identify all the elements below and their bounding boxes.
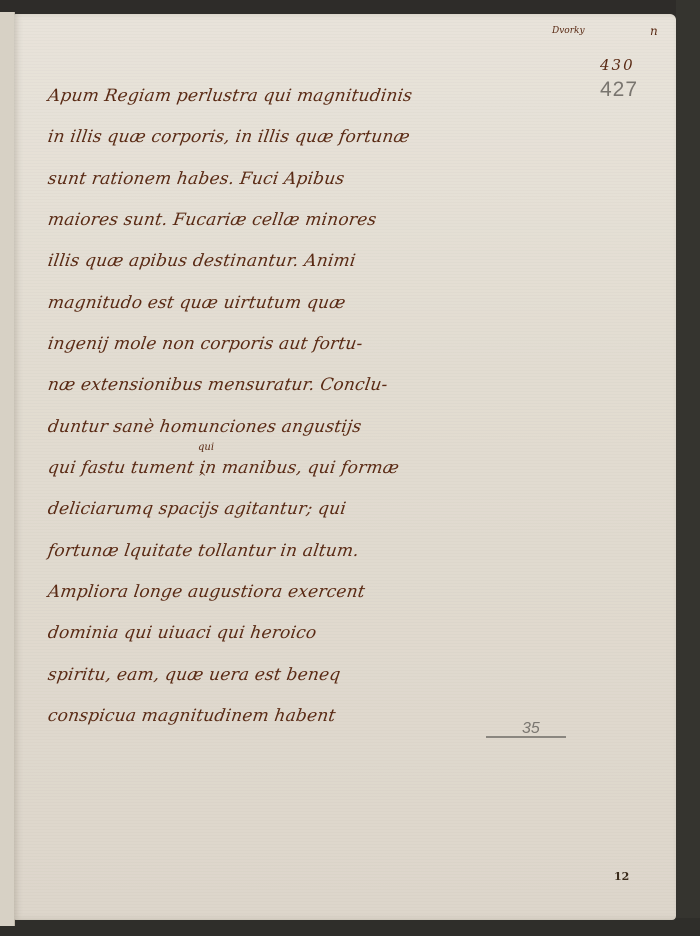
- text-line: Apum Regiam perlustra qui magnitudinis: [47, 86, 414, 106]
- folio-number-pencil: 427: [600, 78, 638, 102]
- text-line: Ampliora longe augustiora exercent: [47, 582, 367, 602]
- insertion-caret: ^: [198, 472, 206, 483]
- text-line: næ extensionibus mensuratur. Conclu-: [47, 375, 389, 395]
- facing-page-edge: [0, 12, 15, 926]
- text-line: spiritu, eam, quæ uera est beneq: [47, 665, 342, 685]
- text-line: qui fastu tument in manibus, qui formæ: [47, 458, 401, 478]
- text-line: conspicua magnitudinem habent: [47, 706, 337, 726]
- margin-note-top: Dvorky: [552, 26, 585, 36]
- page-number-bottom: 12: [614, 870, 629, 883]
- margin-note-corner: n: [650, 24, 658, 38]
- pencil-mark: 35: [486, 722, 582, 742]
- scan-background-right: [676, 0, 700, 936]
- text-line: in illis quæ corporis, in illis quæ fort…: [47, 127, 412, 147]
- text-line: magnitudo est quæ uirtutum quæ: [47, 293, 347, 313]
- text-line: illis quæ apibus destinantur. Animi: [47, 251, 357, 271]
- text-line: deliciarumq spacijs agitantur; qui: [47, 499, 348, 519]
- text-line: duntur sanè homunciones angustijs: [47, 417, 363, 437]
- scan-background-bottom: [0, 918, 700, 936]
- pencil-number: 35: [522, 720, 540, 738]
- text-line: fortunæ lquitate tollantur in altum.: [47, 541, 361, 561]
- folio-number-ink: 430: [600, 56, 635, 74]
- text-line: sunt rationem habes. Fuci Apibus: [47, 169, 346, 189]
- interlinear-insertion: qui: [198, 442, 214, 453]
- text-line: dominia qui uiuaci qui heroico: [47, 623, 318, 643]
- text-line: ingenij mole non corporis aut fortu-: [47, 334, 364, 354]
- text-line: maiores sunt. Fucariæ cellæ minores: [47, 210, 378, 230]
- manuscript-page: Dvorky n 430 427 Apum Regiam perlustra q…: [14, 14, 676, 920]
